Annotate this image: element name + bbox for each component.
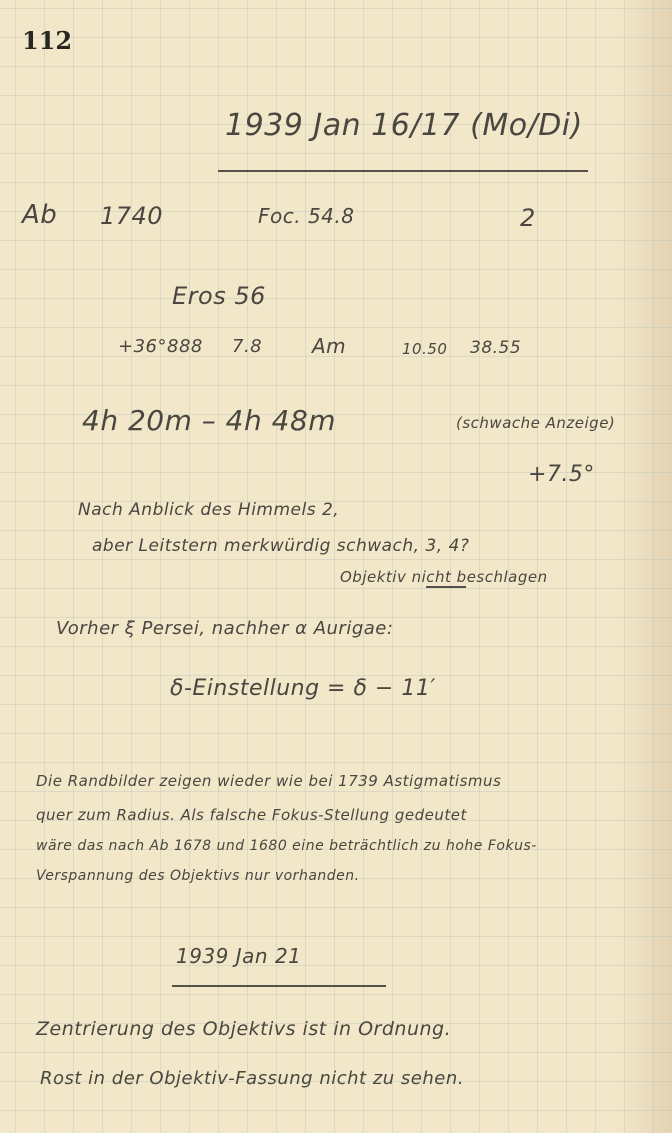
entry2-date-heading: 1939 Jan 21: [176, 944, 301, 968]
entry1-heading-underline: [218, 170, 588, 172]
plate-count: 2: [520, 204, 536, 232]
exposure-time-note: (schwache Anzeige): [456, 414, 615, 432]
temperature: +7.5°: [528, 462, 595, 487]
note-line-1: Nach Anblick des Himmels 2,: [78, 500, 339, 520]
note-emphasis-underline: [426, 586, 466, 588]
entry2-heading-underline: [172, 985, 386, 987]
note-line-3: Objektiv nicht beschlagen: [340, 568, 548, 586]
reference-stars-line: Vorher ξ Persei, nachher α Aurigae:: [56, 618, 393, 639]
star-designation: +36°888: [118, 336, 203, 357]
note-line-2: aber Leitstern merkwürdig schwach, 3, 4?: [92, 536, 469, 556]
plate-number: 1740: [100, 202, 163, 230]
star-value-2: 38.55: [470, 338, 521, 358]
page-number: 112: [22, 26, 72, 55]
entry2-line-2: Rost in der Objektiv-Fassung nicht zu se…: [40, 1068, 464, 1089]
paragraph-line-3: wäre das nach Ab 1678 und 1680 eine betr…: [36, 838, 537, 854]
exposure-time-range: 4h 20m – 4h 48m: [82, 404, 336, 437]
entry1-date-heading: 1939 Jan 16/17 (Mo/Di): [225, 108, 583, 143]
paragraph-line-4: Verspannung des Objektivs nur vorhanden.: [36, 868, 360, 884]
plate-label: Ab: [22, 200, 57, 230]
declination-formula: δ-Einstellung = δ − 11′: [170, 676, 436, 701]
paragraph-line-1: Die Randbilder zeigen wieder wie bei 173…: [36, 772, 501, 790]
star-value-1: 10.50: [402, 340, 447, 358]
star-line-label: Am: [312, 334, 346, 358]
entry2-line-1: Zentrierung des Objektivs ist in Ordnung…: [36, 1018, 451, 1040]
object-name: Eros 56: [172, 282, 266, 310]
paragraph-line-2: quer zum Radius. Als falsche Fokus-Stell…: [36, 806, 467, 824]
star-magnitude: 7.8: [232, 336, 262, 357]
notebook-page: 112 1939 Jan 16/17 (Mo/Di) Ab 1740 Foc. …: [0, 0, 672, 1133]
focus-value: Foc. 54.8: [258, 204, 354, 228]
